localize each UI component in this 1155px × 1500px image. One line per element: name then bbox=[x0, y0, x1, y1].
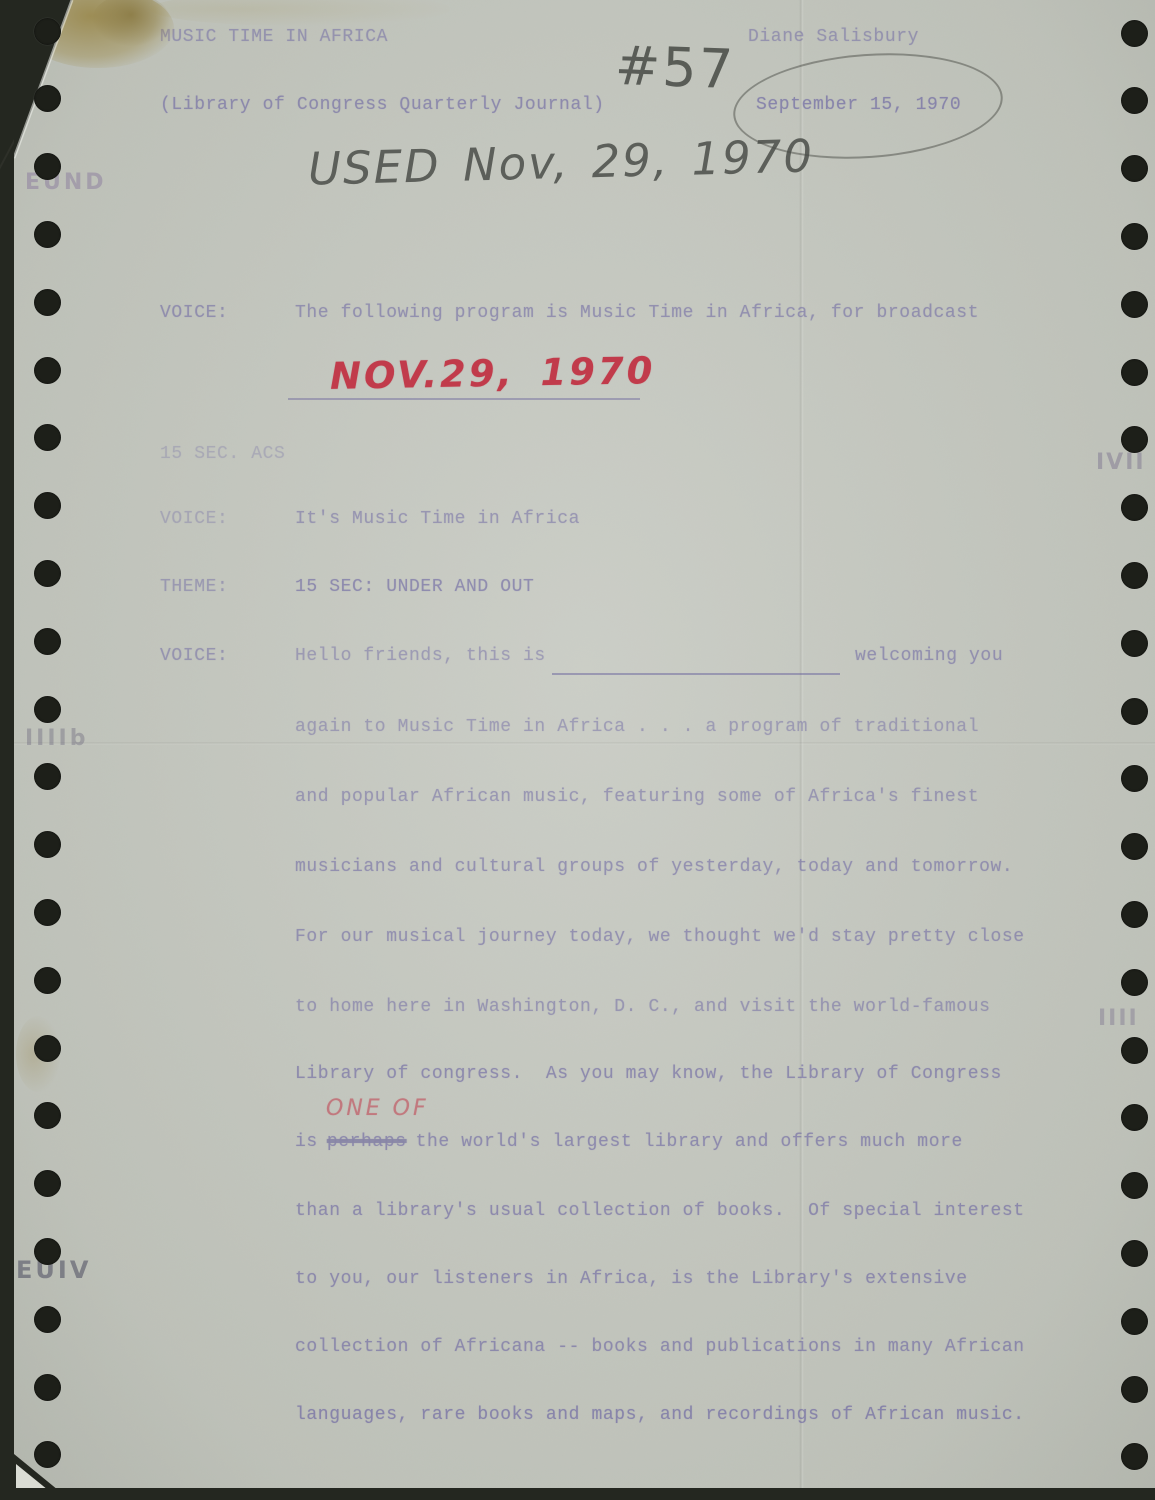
script-line: collection of Africana -- books and publ… bbox=[295, 1336, 1025, 1358]
script-line: It's Music Time in Africa bbox=[295, 508, 580, 530]
strike-post: the world's largest library and offers m… bbox=[416, 1132, 963, 1152]
punch-hole bbox=[34, 1102, 61, 1129]
punch-hole bbox=[34, 1035, 61, 1062]
speaker-label: VOICE: bbox=[160, 302, 228, 324]
punch-hole bbox=[1121, 833, 1148, 860]
script-line: For our musical journey today, we though… bbox=[295, 926, 1025, 948]
script-line: and popular African music, featuring som… bbox=[295, 786, 979, 808]
punch-hole bbox=[1121, 1104, 1148, 1131]
script-line: languages, rare books and maps, and reco… bbox=[295, 1404, 1025, 1426]
punch-hole bbox=[34, 221, 61, 248]
script-line: musicians and cultural groups of yesterd… bbox=[295, 856, 1013, 878]
punch-hole bbox=[34, 560, 61, 587]
author-name: Diane Salisbury bbox=[748, 26, 919, 48]
punch-hole bbox=[34, 492, 61, 519]
punch-hole bbox=[34, 696, 61, 723]
punch-hole bbox=[34, 1238, 61, 1265]
theme-label: THEME: bbox=[160, 576, 228, 598]
punch-hole bbox=[1121, 87, 1148, 114]
page-title: MUSIC TIME IN AFRICA bbox=[160, 26, 388, 48]
script-line: to home here in Washington, D. C., and v… bbox=[295, 996, 991, 1018]
vertical-fold-crease bbox=[799, 0, 804, 1490]
punch-hole bbox=[34, 831, 61, 858]
punch-hole bbox=[34, 1306, 61, 1333]
punch-hole bbox=[34, 85, 61, 112]
scanned-script-page: { "document": { "kind": "typewritten-rad… bbox=[0, 0, 1155, 1500]
punch-hole bbox=[1121, 1308, 1148, 1335]
punch-hole bbox=[1121, 1172, 1148, 1199]
script-line: than a library's usual collection of boo… bbox=[295, 1200, 1025, 1222]
script-line: Hello friends, this is bbox=[295, 645, 546, 667]
bleedthrough-mark: IIIIb bbox=[25, 726, 89, 751]
punch-hole bbox=[34, 357, 61, 384]
speaker-label: VOICE: bbox=[160, 508, 228, 530]
script-line: again to Music Time in Africa . . . a pr… bbox=[295, 716, 979, 738]
theme-cue-faint: 15 SEC. ACS bbox=[160, 443, 285, 465]
punch-hole bbox=[34, 18, 61, 45]
punch-hole bbox=[1121, 1037, 1148, 1064]
struck-word: perhaps bbox=[327, 1132, 407, 1152]
punch-hole bbox=[1121, 562, 1148, 589]
punch-hole bbox=[34, 763, 61, 790]
punch-hole bbox=[34, 1170, 61, 1197]
punch-hole bbox=[34, 967, 61, 994]
episode-number-handwritten: #57 bbox=[614, 34, 736, 101]
punch-hole bbox=[1121, 20, 1148, 47]
punch-hole bbox=[1121, 223, 1148, 250]
announcer-name-blank bbox=[552, 673, 840, 675]
bleedthrough-mark: IVII bbox=[1096, 450, 1146, 475]
bleedthrough-mark: IIII bbox=[1098, 1006, 1139, 1031]
punch-hole bbox=[1121, 291, 1148, 318]
punch-hole bbox=[1121, 155, 1148, 182]
punch-hole bbox=[1121, 494, 1148, 521]
script-line: to you, our listeners in Africa, is the … bbox=[295, 1268, 968, 1290]
punch-hole bbox=[1121, 901, 1148, 928]
script-line-with-strikeout: isperhapsthe world's largest library and… bbox=[295, 1131, 963, 1153]
punch-hole bbox=[34, 1441, 61, 1468]
scan-vignette bbox=[14, 0, 1155, 1490]
strike-pre: is bbox=[295, 1132, 318, 1152]
speaker-label: VOICE: bbox=[160, 645, 228, 667]
punch-hole bbox=[1121, 969, 1148, 996]
punch-hole bbox=[34, 424, 61, 451]
horizontal-fold-crease bbox=[14, 742, 1155, 745]
script-line: Library of congress. As you may know, th… bbox=[295, 1063, 1002, 1085]
punch-hole bbox=[34, 628, 61, 655]
script-line: The following program is Music Time in A… bbox=[295, 302, 979, 324]
punch-hole bbox=[1121, 765, 1148, 792]
punch-hole bbox=[1121, 426, 1148, 453]
punch-hole bbox=[34, 899, 61, 926]
punch-hole bbox=[1121, 359, 1148, 386]
punch-hole bbox=[1121, 1240, 1148, 1267]
punch-hole bbox=[1121, 698, 1148, 725]
scan-edge-bottom bbox=[0, 1488, 1155, 1500]
punch-hole bbox=[1121, 1376, 1148, 1403]
typed-blank-underline bbox=[288, 398, 640, 400]
script-line: welcoming you bbox=[855, 645, 1003, 667]
punch-hole bbox=[34, 1374, 61, 1401]
journal-subtitle: (Library of Congress Quarterly Journal) bbox=[160, 94, 605, 116]
broadcast-date-red-handwritten: NOV.29, 1970 bbox=[330, 349, 656, 398]
punch-hole bbox=[34, 289, 61, 316]
punch-hole bbox=[34, 153, 61, 180]
punch-hole bbox=[1121, 630, 1148, 657]
punch-hole bbox=[1121, 1443, 1148, 1470]
script-line: 15 SEC: UNDER AND OUT bbox=[295, 576, 534, 598]
correction-red-handwritten: ONE OF bbox=[326, 1096, 429, 1121]
